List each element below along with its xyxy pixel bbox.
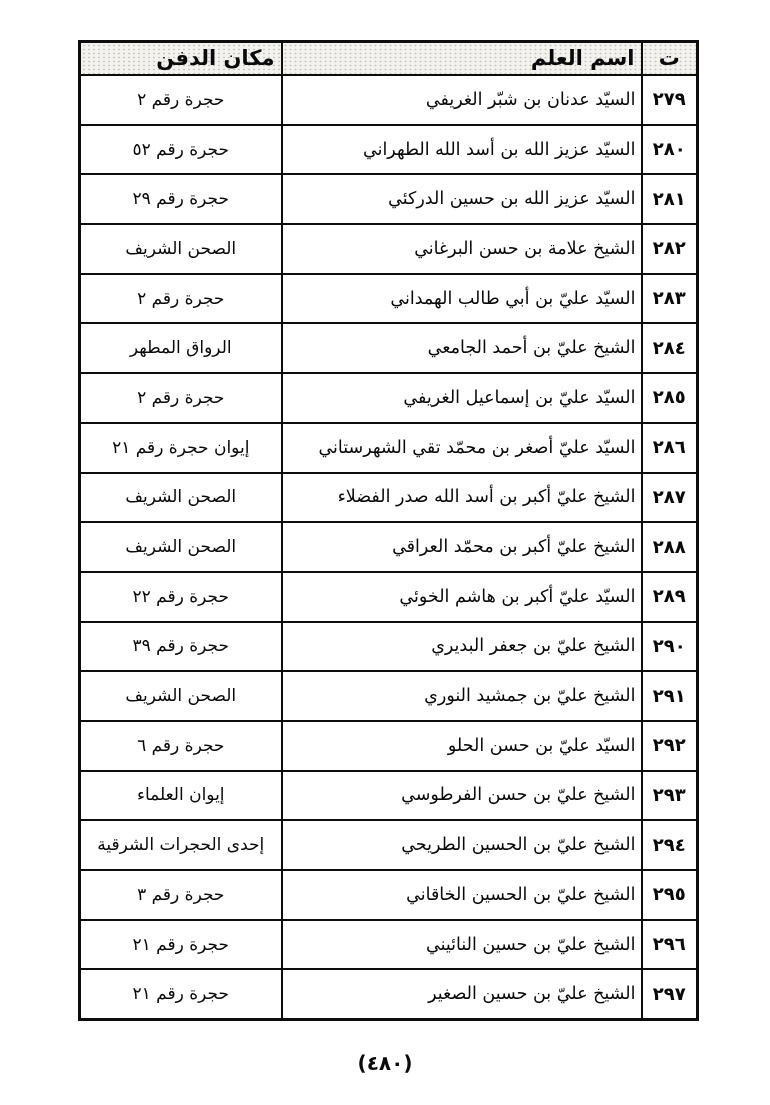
burial-place: إيوان العلماء bbox=[80, 771, 282, 821]
scholar-name: السيّد عليّ بن حسن الحلو bbox=[282, 721, 642, 771]
table-header-row: ت اسم العلم مكان الدفن bbox=[80, 42, 698, 76]
row-index-number: ٢٨٦ bbox=[642, 423, 698, 473]
burial-register-table: ت اسم العلم مكان الدفن ٢٧٩ السيّد عدنان … bbox=[78, 40, 699, 1021]
scholar-name: الشيخ عليّ بن حسين الصغير bbox=[282, 969, 642, 1019]
burial-place: حجرة رقم ٢ bbox=[80, 75, 282, 125]
row-index-number: ٢٨١ bbox=[642, 174, 698, 224]
table-row: ٢٨٢ الشيخ علامة بن حسن البرغاني الصحن ال… bbox=[80, 224, 698, 274]
row-index-number: ٢٩١ bbox=[642, 671, 698, 721]
table-row: ٢٩٠ الشيخ عليّ بن جعفر البديري حجرة رقم … bbox=[80, 622, 698, 672]
table-row: ٢٨٧ الشيخ عليّ أكبر بن أسد الله صدر الفض… bbox=[80, 473, 698, 523]
row-index-number: ٢٩٠ bbox=[642, 622, 698, 672]
table-row: ٢٨٠ السيّد عزيز الله بن أسد الله الطهران… bbox=[80, 125, 698, 175]
row-index-number: ٢٨٠ bbox=[642, 125, 698, 175]
table-row: ٢٩٢ السيّد عليّ بن حسن الحلو حجرة رقم ٦ bbox=[80, 721, 698, 771]
burial-place: حجرة رقم ٢١ bbox=[80, 969, 282, 1019]
burial-place: حجرة رقم ٢١ bbox=[80, 920, 282, 970]
burial-place: حجرة رقم ٢٩ bbox=[80, 174, 282, 224]
scholar-name: السيّد عزيز الله بن حسين الدركئي bbox=[282, 174, 642, 224]
scholar-name: السيّد عليّ أصغر بن محمّد تقي الشهرستاني bbox=[282, 423, 642, 473]
scholar-name: الشيخ عليّ بن جعفر البديري bbox=[282, 622, 642, 672]
scholar-name: الشيخ عليّ أكبر بن أسد الله صدر الفضلاء bbox=[282, 473, 642, 523]
table-row: ٢٧٩ السيّد عدنان بن شبّر الغريفي حجرة رق… bbox=[80, 75, 698, 125]
table-row: ٢٩٧ الشيخ عليّ بن حسين الصغير حجرة رقم ٢… bbox=[80, 969, 698, 1019]
burial-place: الرواق المطهر bbox=[80, 323, 282, 373]
row-index-number: ٢٨٩ bbox=[642, 572, 698, 622]
row-index-number: ٢٩٤ bbox=[642, 820, 698, 870]
scholar-name: السيّد عزيز الله بن أسد الله الطهراني bbox=[282, 125, 642, 175]
burial-place: إيوان حجرة رقم ٢١ bbox=[80, 423, 282, 473]
scholar-name: السيّد عليّ بن أبي طالب الهمداني bbox=[282, 274, 642, 324]
scholar-name: السيّد عليّ بن إسماعيل الغريفي bbox=[282, 373, 642, 423]
scholar-name: السيّد عدنان بن شبّر الغريفي bbox=[282, 75, 642, 125]
burial-place: الصحن الشريف bbox=[80, 473, 282, 523]
header-scholar-name: اسم العلم bbox=[282, 42, 642, 76]
burial-place: حجرة رقم ٥٢ bbox=[80, 125, 282, 175]
row-index-number: ٢٨٨ bbox=[642, 522, 698, 572]
row-index-number: ٢٩٢ bbox=[642, 721, 698, 771]
row-index-number: ٢٨٧ bbox=[642, 473, 698, 523]
row-index-number: ٢٩٧ bbox=[642, 969, 698, 1019]
burial-place: الصحن الشريف bbox=[80, 522, 282, 572]
burial-place: الصحن الشريف bbox=[80, 224, 282, 274]
burial-place: حجرة رقم ٦ bbox=[80, 721, 282, 771]
table-body: ٢٧٩ السيّد عدنان بن شبّر الغريفي حجرة رق… bbox=[80, 75, 698, 1020]
table-row: ٢٩٤ الشيخ عليّ بن الحسين الطريحي إحدى ال… bbox=[80, 820, 698, 870]
table-row: ٢٨٤ الشيخ عليّ بن أحمد الجامعي الرواق ال… bbox=[80, 323, 698, 373]
row-index-number: ٢٨٤ bbox=[642, 323, 698, 373]
burial-place: حجرة رقم ٢ bbox=[80, 373, 282, 423]
table-row: ٢٩١ الشيخ عليّ بن جمشيد النوري الصحن الش… bbox=[80, 671, 698, 721]
scholar-name: السيّد عليّ أكبر بن هاشم الخوئي bbox=[282, 572, 642, 622]
burial-place: حجرة رقم ٣ bbox=[80, 870, 282, 920]
table-row: ٢٨٩ السيّد عليّ أكبر بن هاشم الخوئي حجرة… bbox=[80, 572, 698, 622]
table-row: ٢٨٣ السيّد عليّ بن أبي طالب الهمداني حجر… bbox=[80, 274, 698, 324]
row-index-number: ٢٩٦ bbox=[642, 920, 698, 970]
row-index-number: ٢٩٥ bbox=[642, 870, 698, 920]
table-row: ٢٩٣ الشيخ عليّ بن حسن الفرطوسي إيوان الع… bbox=[80, 771, 698, 821]
burial-place: حجرة رقم ٢ bbox=[80, 274, 282, 324]
table-row: ٢٨٦ السيّد عليّ أصغر بن محمّد تقي الشهرس… bbox=[80, 423, 698, 473]
scholar-name: الشيخ عليّ بن أحمد الجامعي bbox=[282, 323, 642, 373]
scholar-name: الشيخ علامة بن حسن البرغاني bbox=[282, 224, 642, 274]
row-index-number: ٢٧٩ bbox=[642, 75, 698, 125]
table-row: ٢٩٥ الشيخ عليّ بن الحسين الخاقاني حجرة ر… bbox=[80, 870, 698, 920]
table-row: ٢٨٨ الشيخ عليّ أكبر بن محمّد العراقي الص… bbox=[80, 522, 698, 572]
burial-place: حجرة رقم ٢٢ bbox=[80, 572, 282, 622]
row-index-number: ٢٩٣ bbox=[642, 771, 698, 821]
row-index-number: ٢٨٣ bbox=[642, 274, 698, 324]
scanned-document-page: { "page": { "footer_page_number": "(٤٨٠)… bbox=[0, 0, 770, 1105]
scholar-name: الشيخ عليّ بن حسن الفرطوسي bbox=[282, 771, 642, 821]
burial-place: الصحن الشريف bbox=[80, 671, 282, 721]
scholar-name: الشيخ عليّ أكبر بن محمّد العراقي bbox=[282, 522, 642, 572]
header-index: ت bbox=[642, 42, 698, 76]
scholar-name: الشيخ عليّ بن حسين النائيني bbox=[282, 920, 642, 970]
table-row: ٢٨١ السيّد عزيز الله بن حسين الدركئي حجر… bbox=[80, 174, 698, 224]
table-row: ٢٩٦ الشيخ عليّ بن حسين النائيني حجرة رقم… bbox=[80, 920, 698, 970]
header-burial-place: مكان الدفن bbox=[80, 42, 282, 76]
scholar-name: الشيخ عليّ بن الحسين الخاقاني bbox=[282, 870, 642, 920]
burial-place: حجرة رقم ٣٩ bbox=[80, 622, 282, 672]
scholar-name: الشيخ عليّ بن جمشيد النوري bbox=[282, 671, 642, 721]
burial-place: إحدى الحجرات الشرقية bbox=[80, 820, 282, 870]
row-index-number: ٢٨٢ bbox=[642, 224, 698, 274]
row-index-number: ٢٨٥ bbox=[642, 373, 698, 423]
scholar-name: الشيخ عليّ بن الحسين الطريحي bbox=[282, 820, 642, 870]
table-row: ٢٨٥ السيّد عليّ بن إسماعيل الغريفي حجرة … bbox=[80, 373, 698, 423]
page-number: (٤٨٠) bbox=[0, 1051, 770, 1075]
